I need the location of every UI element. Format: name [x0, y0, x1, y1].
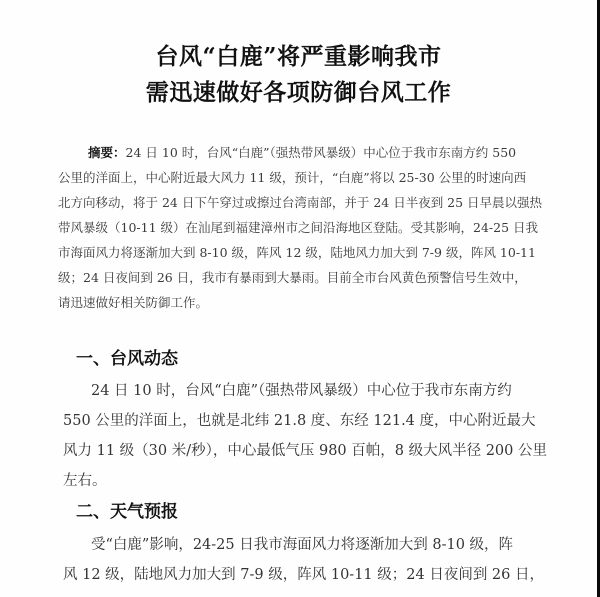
document-title-line-2: 需迅速做好各项防御台风工作 — [0, 76, 597, 110]
section-heading-typhoon-status: 一、台风动态 — [76, 347, 178, 371]
document-page: 台风“白鹿”将严重影响我市 需迅速做好各项防御台风工作 摘要：24 日 10 时… — [0, 0, 597, 597]
abstract-line: 北方向移动，将于 24 日下午穿过或擦过台湾南部，并于 24 日半夜到 25 日… — [58, 190, 548, 215]
body-line: 550 公里的洋面上，也就是北纬 21.8 度、东经 121.4 度，中心附近最… — [63, 406, 553, 436]
body-line: 风 12 级，陆地风力加大到 7-9 级，阵风 10-11 级；24 日夜间到 … — [63, 560, 553, 590]
section-heading-weather-forecast: 二、天气预报 — [76, 500, 178, 524]
abstract-line: 级；24 日夜间到 26 日，我市有暴雨到大暴雨。目前全市台风黄色预警信号生效中… — [58, 265, 548, 290]
abstract-line: 市海面风力将逐渐加大到 8-10 级，阵风 12 级，陆地风力加大到 7-9 级… — [58, 240, 548, 265]
body-line: 左右。 — [63, 466, 553, 496]
body-line: 受“白鹿”影响，24-25 日我市海面风力将逐渐加大到 8-10 级，阵 — [63, 530, 553, 560]
abstract-label: 摘要： — [88, 145, 126, 160]
document-title-line-1: 台风“白鹿”将严重影响我市 — [0, 40, 597, 74]
abstract-line: 带风暴级（10-11 级）在汕尾到福建漳州市之间沿海地区登陆。受其影响，24-2… — [58, 215, 548, 240]
section-body-typhoon-status: 24 日 10 时，台风“白鹿”（强热带风暴级）中心位于我市东南方约 550 公… — [63, 376, 553, 496]
abstract-line: 摘要：24 日 10 时，台风“白鹿”（强热带风暴级）中心位于我市东南方约 55… — [58, 140, 548, 165]
body-line: 风力 11 级（30 米/秒），中心最低气压 980 百帕，8 级大风半径 20… — [63, 436, 553, 466]
abstract-paragraph: 摘要：24 日 10 时，台风“白鹿”（强热带风暴级）中心位于我市东南方约 55… — [58, 140, 548, 315]
abstract-line: 请迅速做好相关防御工作。 — [58, 290, 548, 315]
section-body-weather-forecast: 受“白鹿”影响，24-25 日我市海面风力将逐渐加大到 8-10 级，阵 风 1… — [63, 530, 553, 590]
abstract-line: 公里的洋面上，中心附近最大风力 11 级，预计，“白鹿”将以 25-30 公里的… — [58, 165, 548, 190]
body-line: 24 日 10 时，台风“白鹿”（强热带风暴级）中心位于我市东南方约 — [63, 376, 553, 406]
